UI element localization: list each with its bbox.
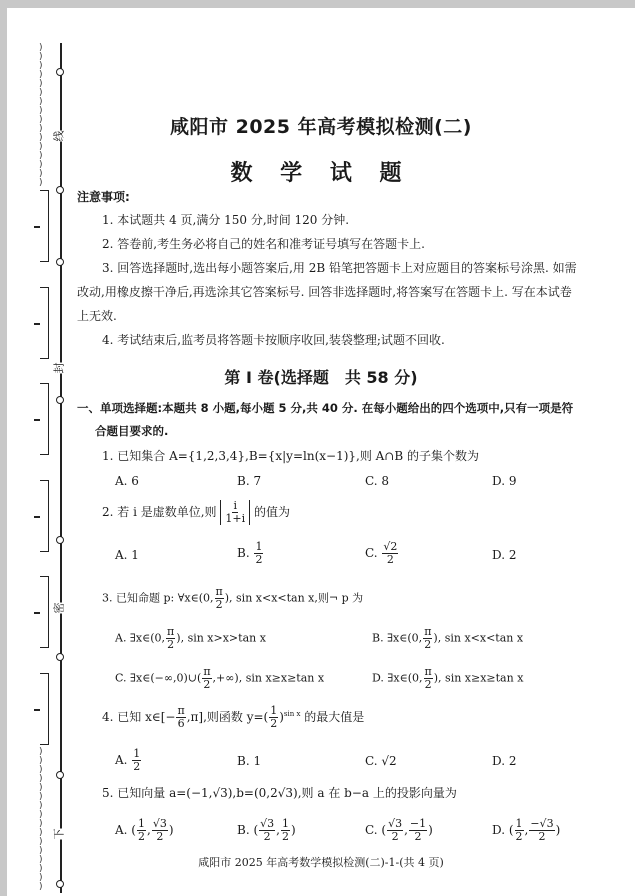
q4-option-c: C. √2 <box>365 754 397 768</box>
binding-hole <box>56 771 64 779</box>
question-4-stem: 4. 已知 x∈[−π6,π],则函数 y=(12)sin x 的最大值是 <box>102 705 364 730</box>
q3-option-b: B. ∃x∈(0,π2), sin x<x<tan x <box>372 626 523 651</box>
exam-subject: 数 学 试 题 <box>7 156 635 187</box>
q4-option-d: D. 2 <box>492 754 516 768</box>
q1-option-d: D. 9 <box>492 474 516 488</box>
part-heading: 一、单项选择题:本题共 8 小题,每小题 5 分,共 40 分. 在每小题给出的… <box>77 401 573 415</box>
notice-item-cont: 上无效. <box>77 309 117 323</box>
info-field-bracket <box>40 287 49 359</box>
q5-option-d: D. (12,−√32) <box>492 818 560 843</box>
question-2-stem: 2. 若 i 是虚数单位,则 i1+i 的值为 <box>102 500 290 525</box>
info-field-bracket <box>40 383 49 455</box>
notice-heading: 注意事项: <box>77 188 130 205</box>
question-3-stem: 3. 已知命题 p: ∀x∈(0,π2), sin x<x<tan x,则¬ p… <box>102 586 363 611</box>
exam-page: )))))))))))))))) )))))))))))))))) 线 封 密 … <box>7 8 635 896</box>
q2-option-d: D. 2 <box>492 548 516 562</box>
seal-char-xia: 下 <box>51 829 67 840</box>
binding-hole <box>56 396 64 404</box>
q1-option-c: C. 8 <box>365 474 389 488</box>
notice-item: 2. 答卷前,考生务必将自己的姓名和准考证号填写在答题卡上. <box>102 237 425 251</box>
binding-hole <box>56 880 64 888</box>
absolute-value: i1+i <box>220 500 250 525</box>
viewer-left-edge <box>0 0 7 896</box>
notice-item: 1. 本试题共 4 页,满分 150 分,时间 120 分钟. <box>102 213 349 227</box>
q2-option-b: B. 12 <box>237 541 264 566</box>
q3-option-d: D. ∃x∈(0,π2), sin x≥x≥tan x <box>372 666 523 691</box>
q5-option-a: A. (12,√32) <box>115 818 174 843</box>
binding-hole <box>56 68 64 76</box>
binding-hole <box>56 536 64 544</box>
q3-option-c: C. ∃x∈(−∞,0)∪(π2,+∞), sin x≥x≥tan x <box>115 666 324 691</box>
q1-option-a: A. 6 <box>115 474 139 488</box>
q2-option-c: C. √22 <box>365 541 399 566</box>
binding-hole <box>56 258 64 266</box>
tear-wave-bottom: )))))))))))))))) <box>39 748 45 892</box>
q4-option-b: B. 1 <box>237 754 261 768</box>
part-heading-cont: 合题目要求的. <box>95 424 168 438</box>
info-field-bracket <box>40 576 49 648</box>
notice-item: 3. 回答选择题时,选出每小题答案后,用 2B 铅笔把答题卡上对应题目的答案标号… <box>102 261 577 275</box>
question-1-stem: 1. 已知集合 A={1,2,3,4},B={x|y=ln(x−1)},则 A∩… <box>102 449 479 463</box>
section-title: 第 I 卷(选择题 共 58 分) <box>7 365 635 388</box>
frac-den: 1+i <box>225 513 245 525</box>
exam-title: 咸阳市 2025 年高考模拟检测(二) <box>7 112 635 139</box>
q5-option-b: B. (√32,12) <box>237 818 296 843</box>
q2-stem-suffix: 的值为 <box>254 505 290 519</box>
notice-item: 4. 考试结束后,监考员将答题卡按顺序收回,装袋整理;试题不回收. <box>102 333 445 347</box>
q2-option-a: A. 1 <box>115 548 139 562</box>
seal-char-mi: 密 <box>51 603 67 614</box>
binding-hole <box>56 186 64 194</box>
binding-hole <box>56 653 64 661</box>
info-field-bracket <box>40 190 49 262</box>
q1-option-b: B. 7 <box>237 474 261 488</box>
q2-stem-prefix: 2. 若 i 是虚数单位,则 <box>102 505 217 519</box>
viewer-top-edge <box>0 0 635 8</box>
q4-option-a: A. 12 <box>115 748 142 773</box>
page-footer: 咸阳市 2025 年高考数学模拟检测(二)-1-(共 4 页) <box>7 854 635 870</box>
q5-option-c: C. (√32,−12) <box>365 818 433 843</box>
q3-option-a: A. ∃x∈(0,π2), sin x>x>tan x <box>115 626 266 651</box>
notice-item-cont: 改动,用橡皮擦干净后,再选涂其它答案标号. 回答非选择题时,将答案写在答题卡上.… <box>77 285 572 299</box>
info-field-bracket <box>40 480 49 552</box>
question-5-stem: 5. 已知向量 a=(−1,√3),b=(0,2√3),则 a 在 b−a 上的… <box>102 786 457 800</box>
info-field-bracket <box>40 673 49 745</box>
